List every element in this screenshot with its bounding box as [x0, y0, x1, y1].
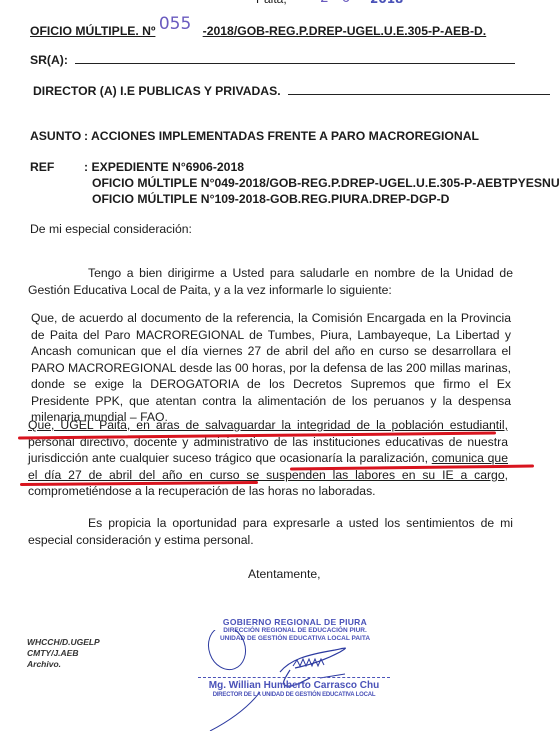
sr-label: SR(A): [30, 53, 68, 67]
highlight-segment-1: Que, UGEL Paita, en aras de salvaguardar… [28, 418, 508, 432]
oficio-number-handwritten: 055 [159, 14, 191, 34]
salutation: De mi especial consideración: [30, 222, 192, 236]
paragraph-2: Que, UGEL Paita, en aras de salvaguardar… [28, 417, 508, 500]
intro-paragraph: Tengo a bien dirigirme a Usted para salu… [28, 265, 513, 298]
footer-initials: WHCCH/D.UGELP CMTY/J.AEB Archivo. [27, 637, 100, 670]
ref-line-3: OFICIO MÚLTIPLE N°109-2018-GOB.REG.PIURA… [30, 191, 559, 207]
asunto-line: ASUNTO: ACCIONES IMPLEMENTADAS FRENTE A … [30, 129, 479, 143]
recipient-line: SR(A): [30, 53, 515, 67]
ref-line-2: OFICIO MÚLTIPLE N°049-2018/GOB-REG.P.DRE… [30, 175, 559, 191]
footer-line-2: CMTY/J.AEB [27, 648, 100, 659]
oficio-suffix: -2018/GOB-REG.P.DREP-UGEL.U.E.305-P-AEB-… [203, 24, 487, 38]
director-line: DIRECTOR (A) I.E PUBLICAS Y PRIVADAS. [33, 84, 550, 98]
asunto-label: ASUNTO [30, 129, 84, 143]
signer-name: Mg. Willian Humberto Carrasco Chu [198, 680, 390, 691]
place-label: Paita, [256, 0, 287, 6]
oficio-heading: OFICIO MÚLTIPLE. Nº 055 -2018/GOB-REG.P.… [30, 20, 486, 40]
footer-line-3: Archivo. [27, 659, 100, 670]
paragraph-2-text-b: comprometiéndose a la recuperación de la… [28, 484, 376, 498]
closing-paragraph: Es propicia la oportunidad para expresar… [28, 515, 513, 548]
ref-block: REF: EXPEDIENTE N°6906-2018 OFICIO MÚLTI… [30, 159, 559, 207]
asunto-text: : ACCIONES IMPLEMENTADAS FRENTE A PARO M… [84, 129, 479, 143]
date-stamp-day: 2 6 [320, 0, 354, 6]
signer-title: DIRECTOR DE LA UNIDAD DE GESTIÓN EDUCATI… [198, 691, 390, 699]
oficio-prefix: OFICIO MÚLTIPLE. Nº [30, 24, 155, 38]
ref-label: REF [30, 159, 84, 175]
date-stamp-year: 2018 [370, 0, 403, 6]
recipient-blank [75, 53, 515, 64]
footer-line-1: WHCCH/D.UGELP [27, 637, 100, 648]
paragraph-1: Que, de acuerdo al documento de la refer… [31, 310, 511, 426]
director-blank [288, 84, 550, 95]
sign-off: Atentamente, [248, 567, 321, 581]
ref-line-1: : EXPEDIENTE N°6906-2018 [84, 160, 244, 174]
stamp-line-1: GOBIERNO REGIONAL DE PIURA [200, 618, 390, 627]
director-label: DIRECTOR (A) I.E PUBLICAS Y PRIVADAS. [33, 84, 281, 98]
signer-block: Mg. Willian Humberto Carrasco Chu DIRECT… [198, 677, 390, 699]
